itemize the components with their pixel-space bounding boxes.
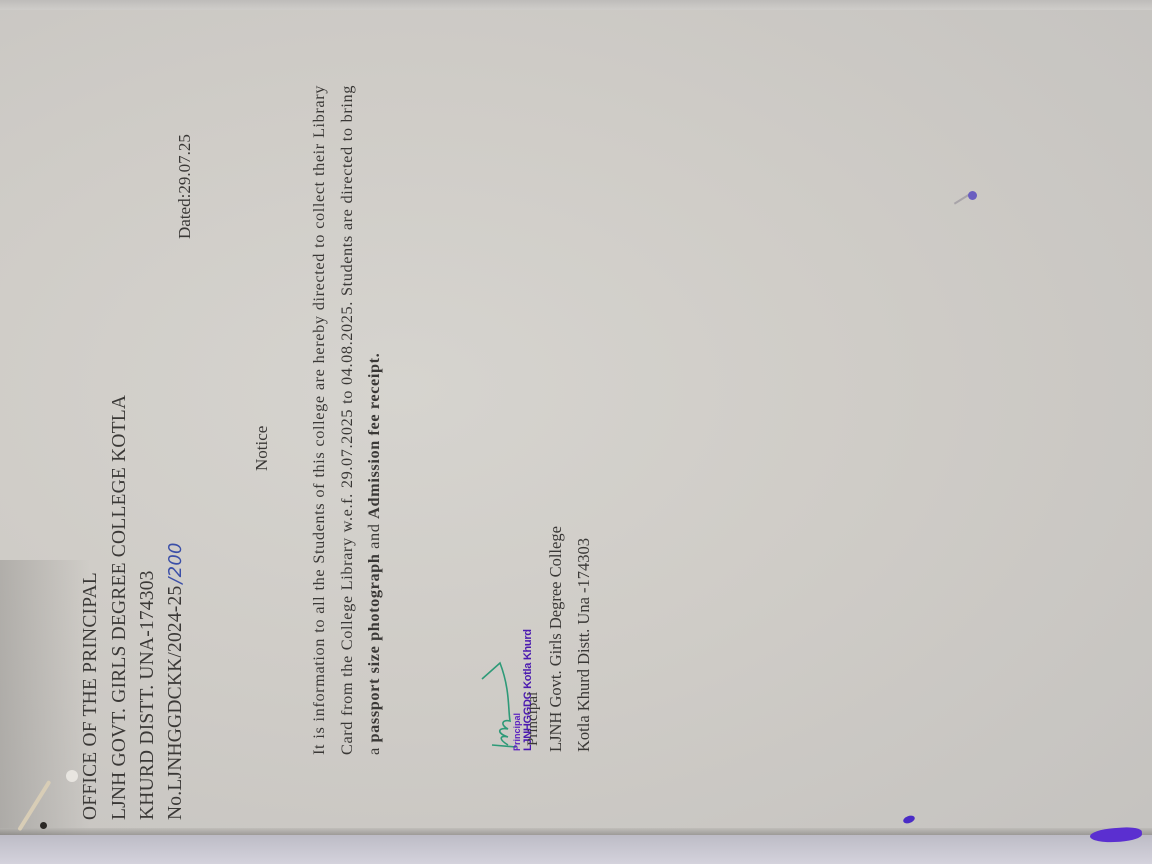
- ref-number-handwritten: /200: [165, 542, 186, 583]
- signature-institution: LJNH Govt. Girls Degree College: [546, 526, 566, 752]
- date-line: Dated:29.07.25: [175, 134, 195, 239]
- header-ref-number: No.LJNHGGDCKK/2024-25/200: [165, 542, 187, 820]
- header-college: LJNH GOVT. GIRLS DEGREE COLLEGE KOTLA: [109, 395, 131, 820]
- signature-address: Kotla Khurd Distt. Una -174303: [574, 538, 594, 752]
- body-text-part2: and: [364, 519, 383, 554]
- body-bold-photo: passport size photograph: [364, 554, 383, 743]
- header-address: KHURD DISTT. UNA-174303: [137, 570, 159, 820]
- notice-title: Notice: [252, 426, 272, 471]
- ink-dot-icon: [968, 191, 977, 200]
- body-bold-receipt: Admission fee receipt.: [364, 353, 383, 519]
- header-office: OFFICE OF THE PRINCIPAL: [80, 572, 102, 820]
- notice-body: It is information to all the Students of…: [305, 85, 388, 755]
- stamp-principal: Principal: [512, 713, 522, 751]
- notice-document: OFFICE OF THE PRINCIPAL LJNH GOVT. GIRLS…: [0, 0, 1152, 864]
- designation: Principal: [525, 692, 542, 746]
- ref-number-text: No.LJNHGGDCKK/2024-25: [165, 586, 186, 820]
